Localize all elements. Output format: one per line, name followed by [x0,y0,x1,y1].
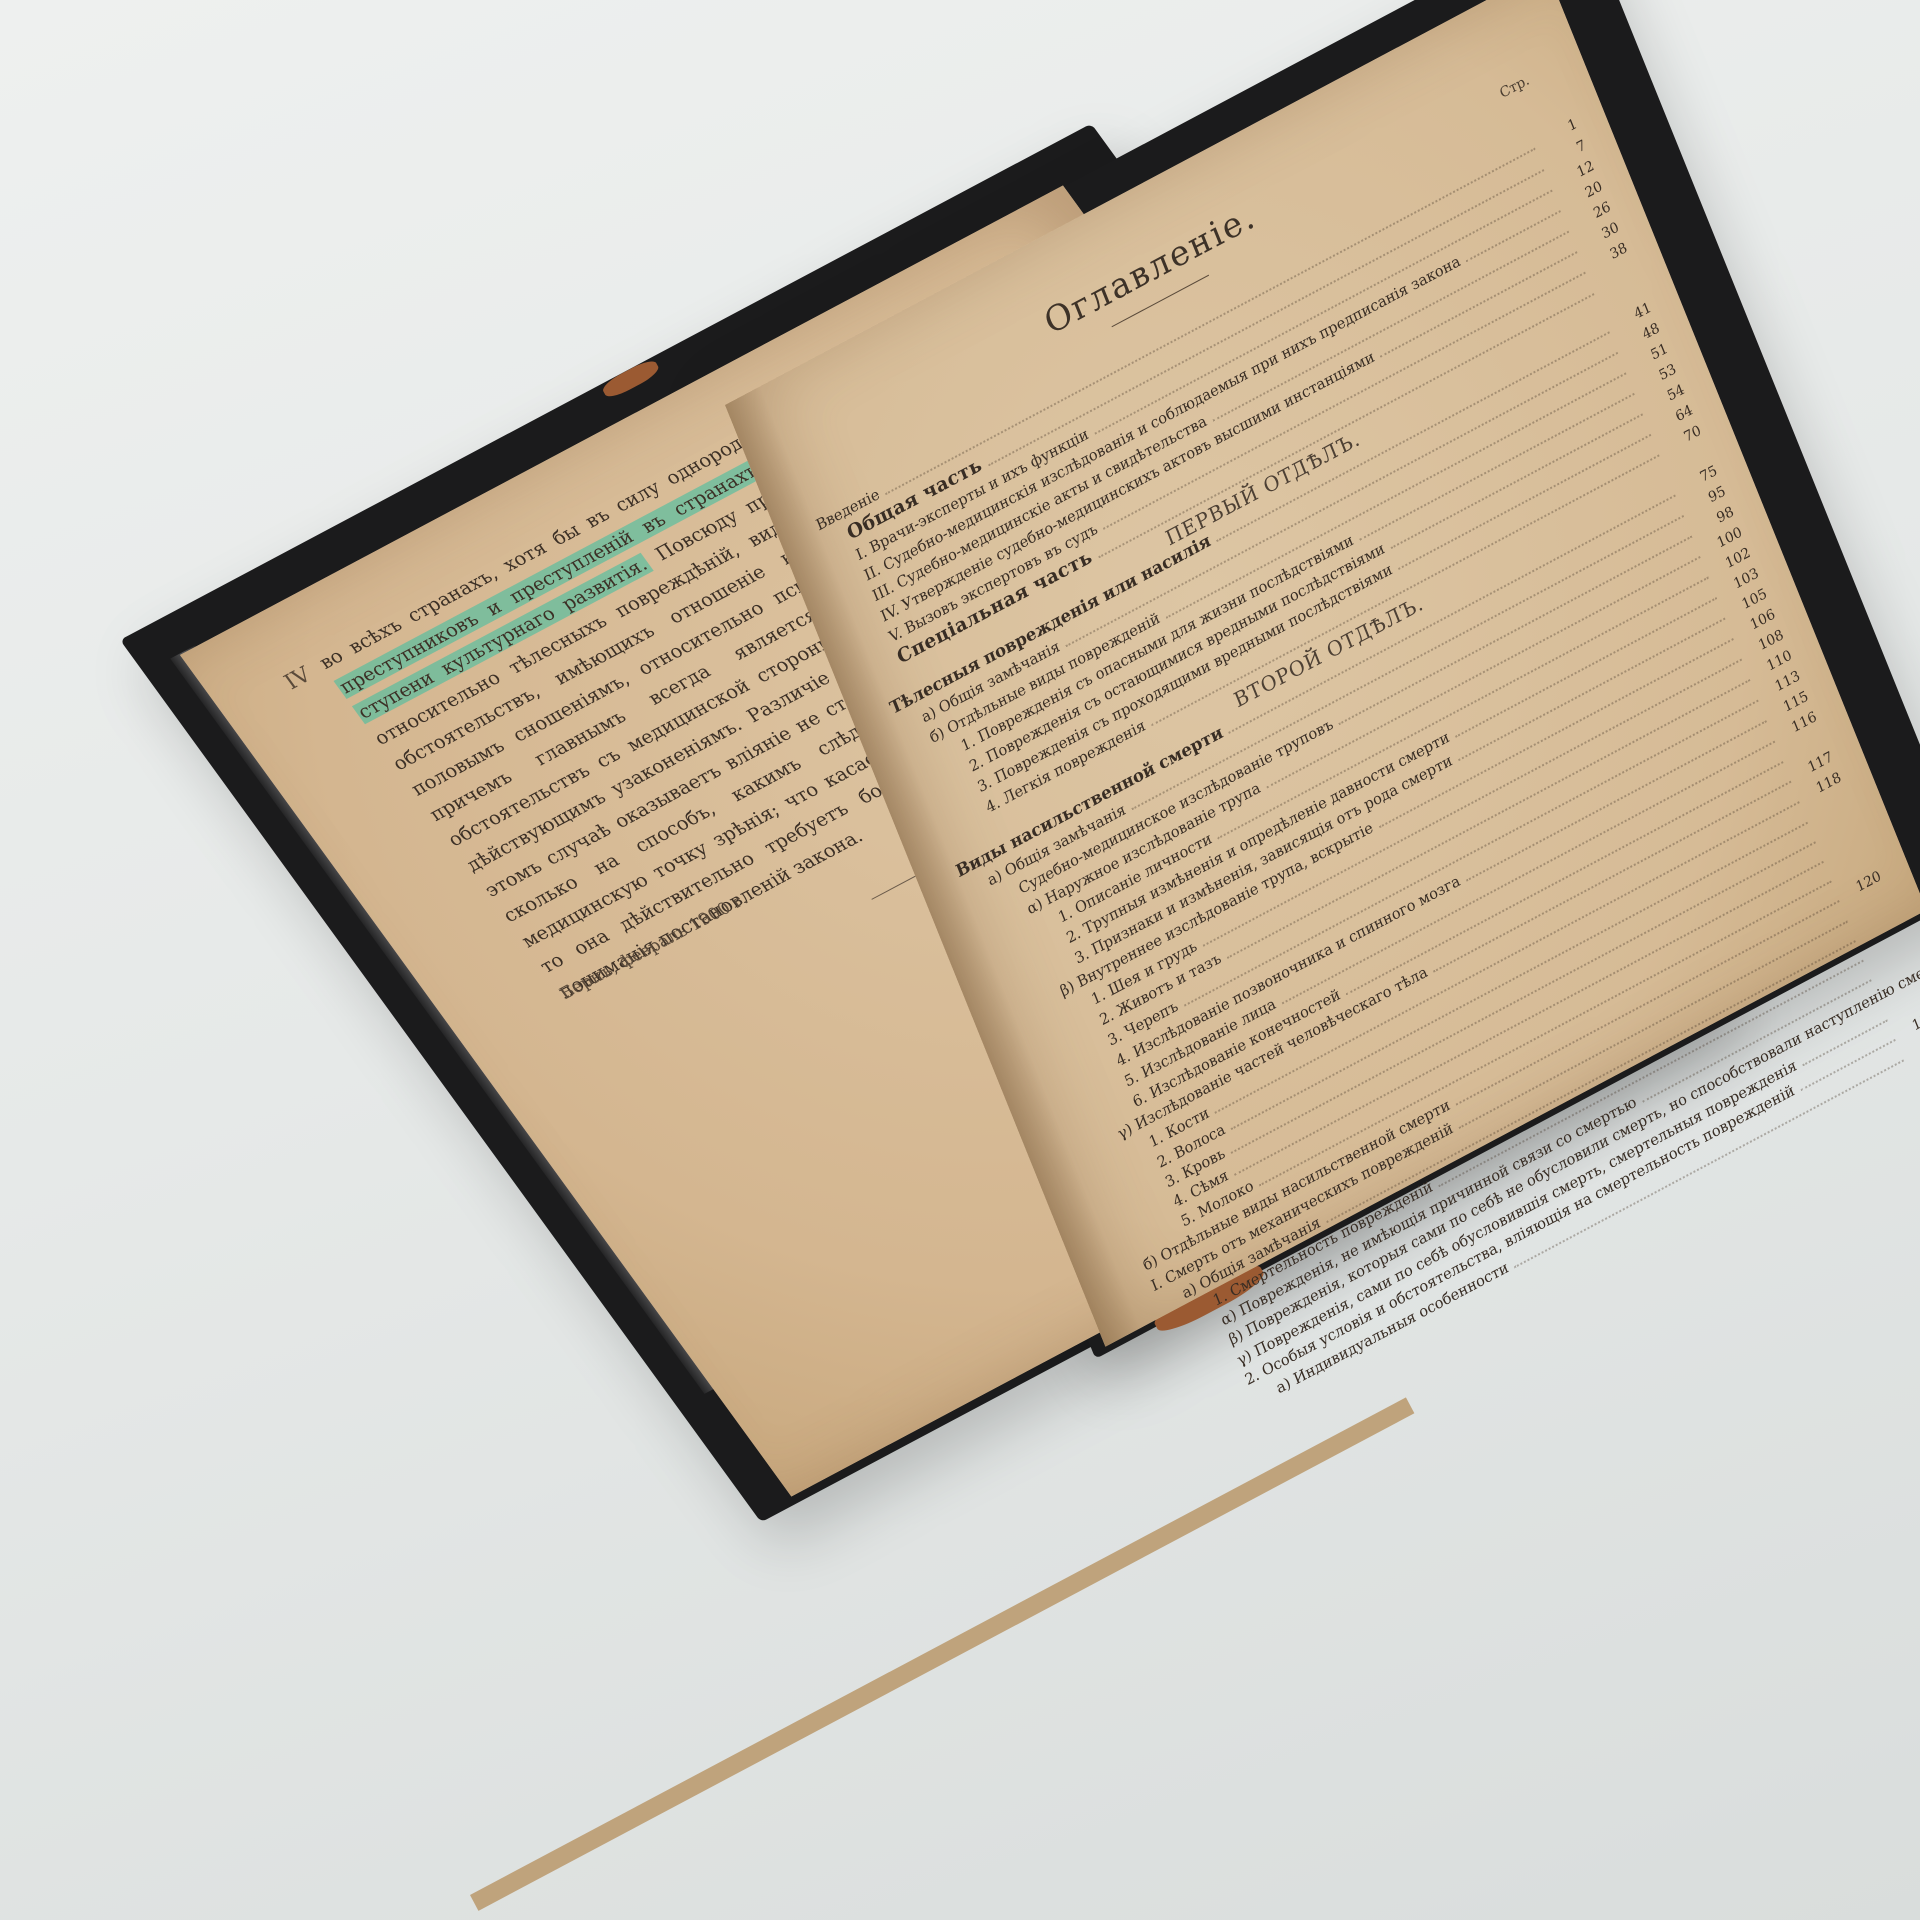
photo-scene: IV во всѣхъ странахъ, хотя бы въ силу од… [0,0,1920,1920]
page-block-edge [470,1397,1414,1911]
page-number: IV [280,663,317,695]
toc-entry-page [1909,1039,1920,1059]
pages-column-label: Стр. [1498,72,1532,102]
